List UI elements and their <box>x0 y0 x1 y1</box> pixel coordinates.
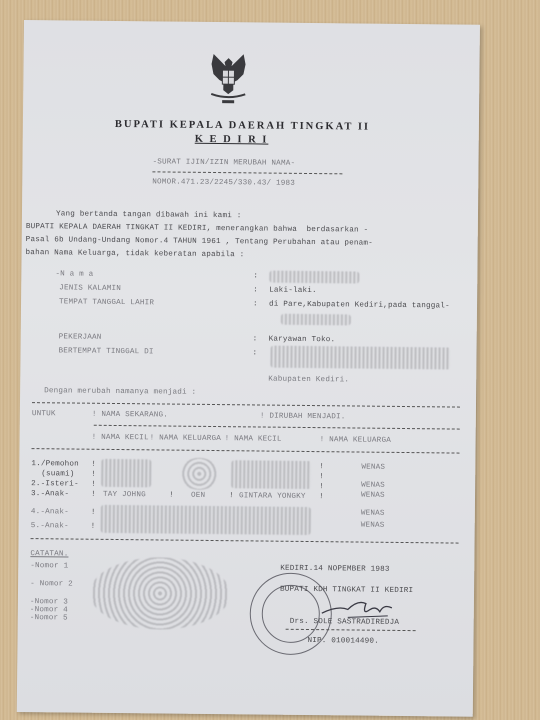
subheader-new-given: ! NAMA KECIL <box>225 435 282 444</box>
subheader-current-family: ! NAMA KELUARGA <box>150 434 221 443</box>
row-label: 4.-Anak- <box>31 508 69 516</box>
redacted-cell <box>101 505 311 535</box>
redacted-cell <box>231 460 311 489</box>
row-label: 1./Pemohon <box>31 460 79 468</box>
header-subtitle: K E D I R I <box>195 134 269 146</box>
row-label-sub: (suami) <box>41 470 74 478</box>
note-item: -Nomor 1 <box>30 562 68 570</box>
field-label-gender: JENIS KALAMIN <box>59 284 121 293</box>
signatory-name: Drs. SOLE SASTRADIREDJA <box>290 618 399 627</box>
current-family-name: OEN <box>191 492 205 500</box>
redacted-cell <box>101 459 151 488</box>
table-header-new: ! DIRUBAH MENJADI. <box>260 412 346 421</box>
row-label: 5.-Anak- <box>31 522 69 530</box>
header-title: BUPATI KEPALA DAERAH TINGKAT II <box>115 119 370 133</box>
intro-line: BUPATI KEPALA DAERAH TINGKAT II KEDIRI, … <box>26 223 369 235</box>
redacted-notes <box>90 557 231 630</box>
notes-title: CATATAN. <box>30 550 68 558</box>
redacted-address <box>270 346 450 370</box>
redacted-birthdate <box>281 314 351 326</box>
intro-line: Yang bertanda tangan dibawah ini kami : <box>56 210 242 220</box>
signature-office: BUPATI KDH TINGKAT II KEDIRI <box>280 586 413 595</box>
field-label-occupation: PEKERJAAN <box>59 333 102 341</box>
intro-line: bahan Nama Keluarga, tidak keberatan apa… <box>26 249 245 259</box>
table-header-current: ! NAMA SEKARANG. <box>92 411 168 420</box>
address-tail: Kabupaten Kediri. <box>268 376 349 385</box>
subheader-current-given: ! NAMA KECIL <box>92 434 149 443</box>
field-value-gender: Laki-laki. <box>269 287 317 295</box>
redacted-name <box>269 271 359 284</box>
new-family-name: WENAS <box>361 492 385 500</box>
signatory-nip: NIP. 010014490. <box>307 637 378 646</box>
field-label-name: -N a m a <box>55 270 93 278</box>
table-top-border <box>32 402 460 407</box>
table-header-untuk: UNTUK <box>32 410 56 418</box>
document-type: -SURAT IJIN/IZIN MERUBAH NAMA- <box>152 158 295 167</box>
document-page: BUPATI KEPALA DAERAH TINGKAT II K E D I … <box>17 20 480 717</box>
new-family-name: WENAS <box>361 510 385 518</box>
field-value-birth: di Pare,Kabupaten Kediri,pada tanggal- <box>269 301 450 311</box>
document-number: NOMOR.471.23/2245/330.43/ 1983 <box>152 178 295 187</box>
field-label-birth: TEMPAT TANGGAL LAHIR <box>59 298 154 307</box>
note-item: - Nomor 2 <box>30 580 73 588</box>
field-label-address: BERTEMPAT TINGGAL DI <box>58 347 153 356</box>
field-value-occupation: Karyawan Toko. <box>269 336 336 345</box>
intro-line: Pasal 6b Undang-Undang Nomor.4 TAHUN 196… <box>26 236 373 248</box>
row-label: 2.-Isteri- <box>31 480 79 488</box>
new-family-name: WENAS <box>361 464 385 472</box>
change-intro: Dengan merubah namanya menjadi : <box>44 387 196 397</box>
new-family-name: WENAS <box>361 482 385 490</box>
row-label: 3.-Anak- <box>31 490 69 498</box>
divider <box>152 171 342 174</box>
table-bottom-border <box>31 538 459 543</box>
subheader-new-family: ! NAMA KELUARGA <box>320 436 391 445</box>
garuda-emblem-icon <box>205 50 252 106</box>
new-given-name: GINTARA YONGKY <box>239 492 306 501</box>
note-item: -Nomor 5 <box>30 614 68 622</box>
new-family-name: WENAS <box>361 522 385 530</box>
redacted-cell <box>179 458 219 490</box>
table-header-divider <box>94 425 460 430</box>
table-header-bottom <box>32 448 460 453</box>
current-given-name: TAY JOHNG <box>103 491 146 499</box>
